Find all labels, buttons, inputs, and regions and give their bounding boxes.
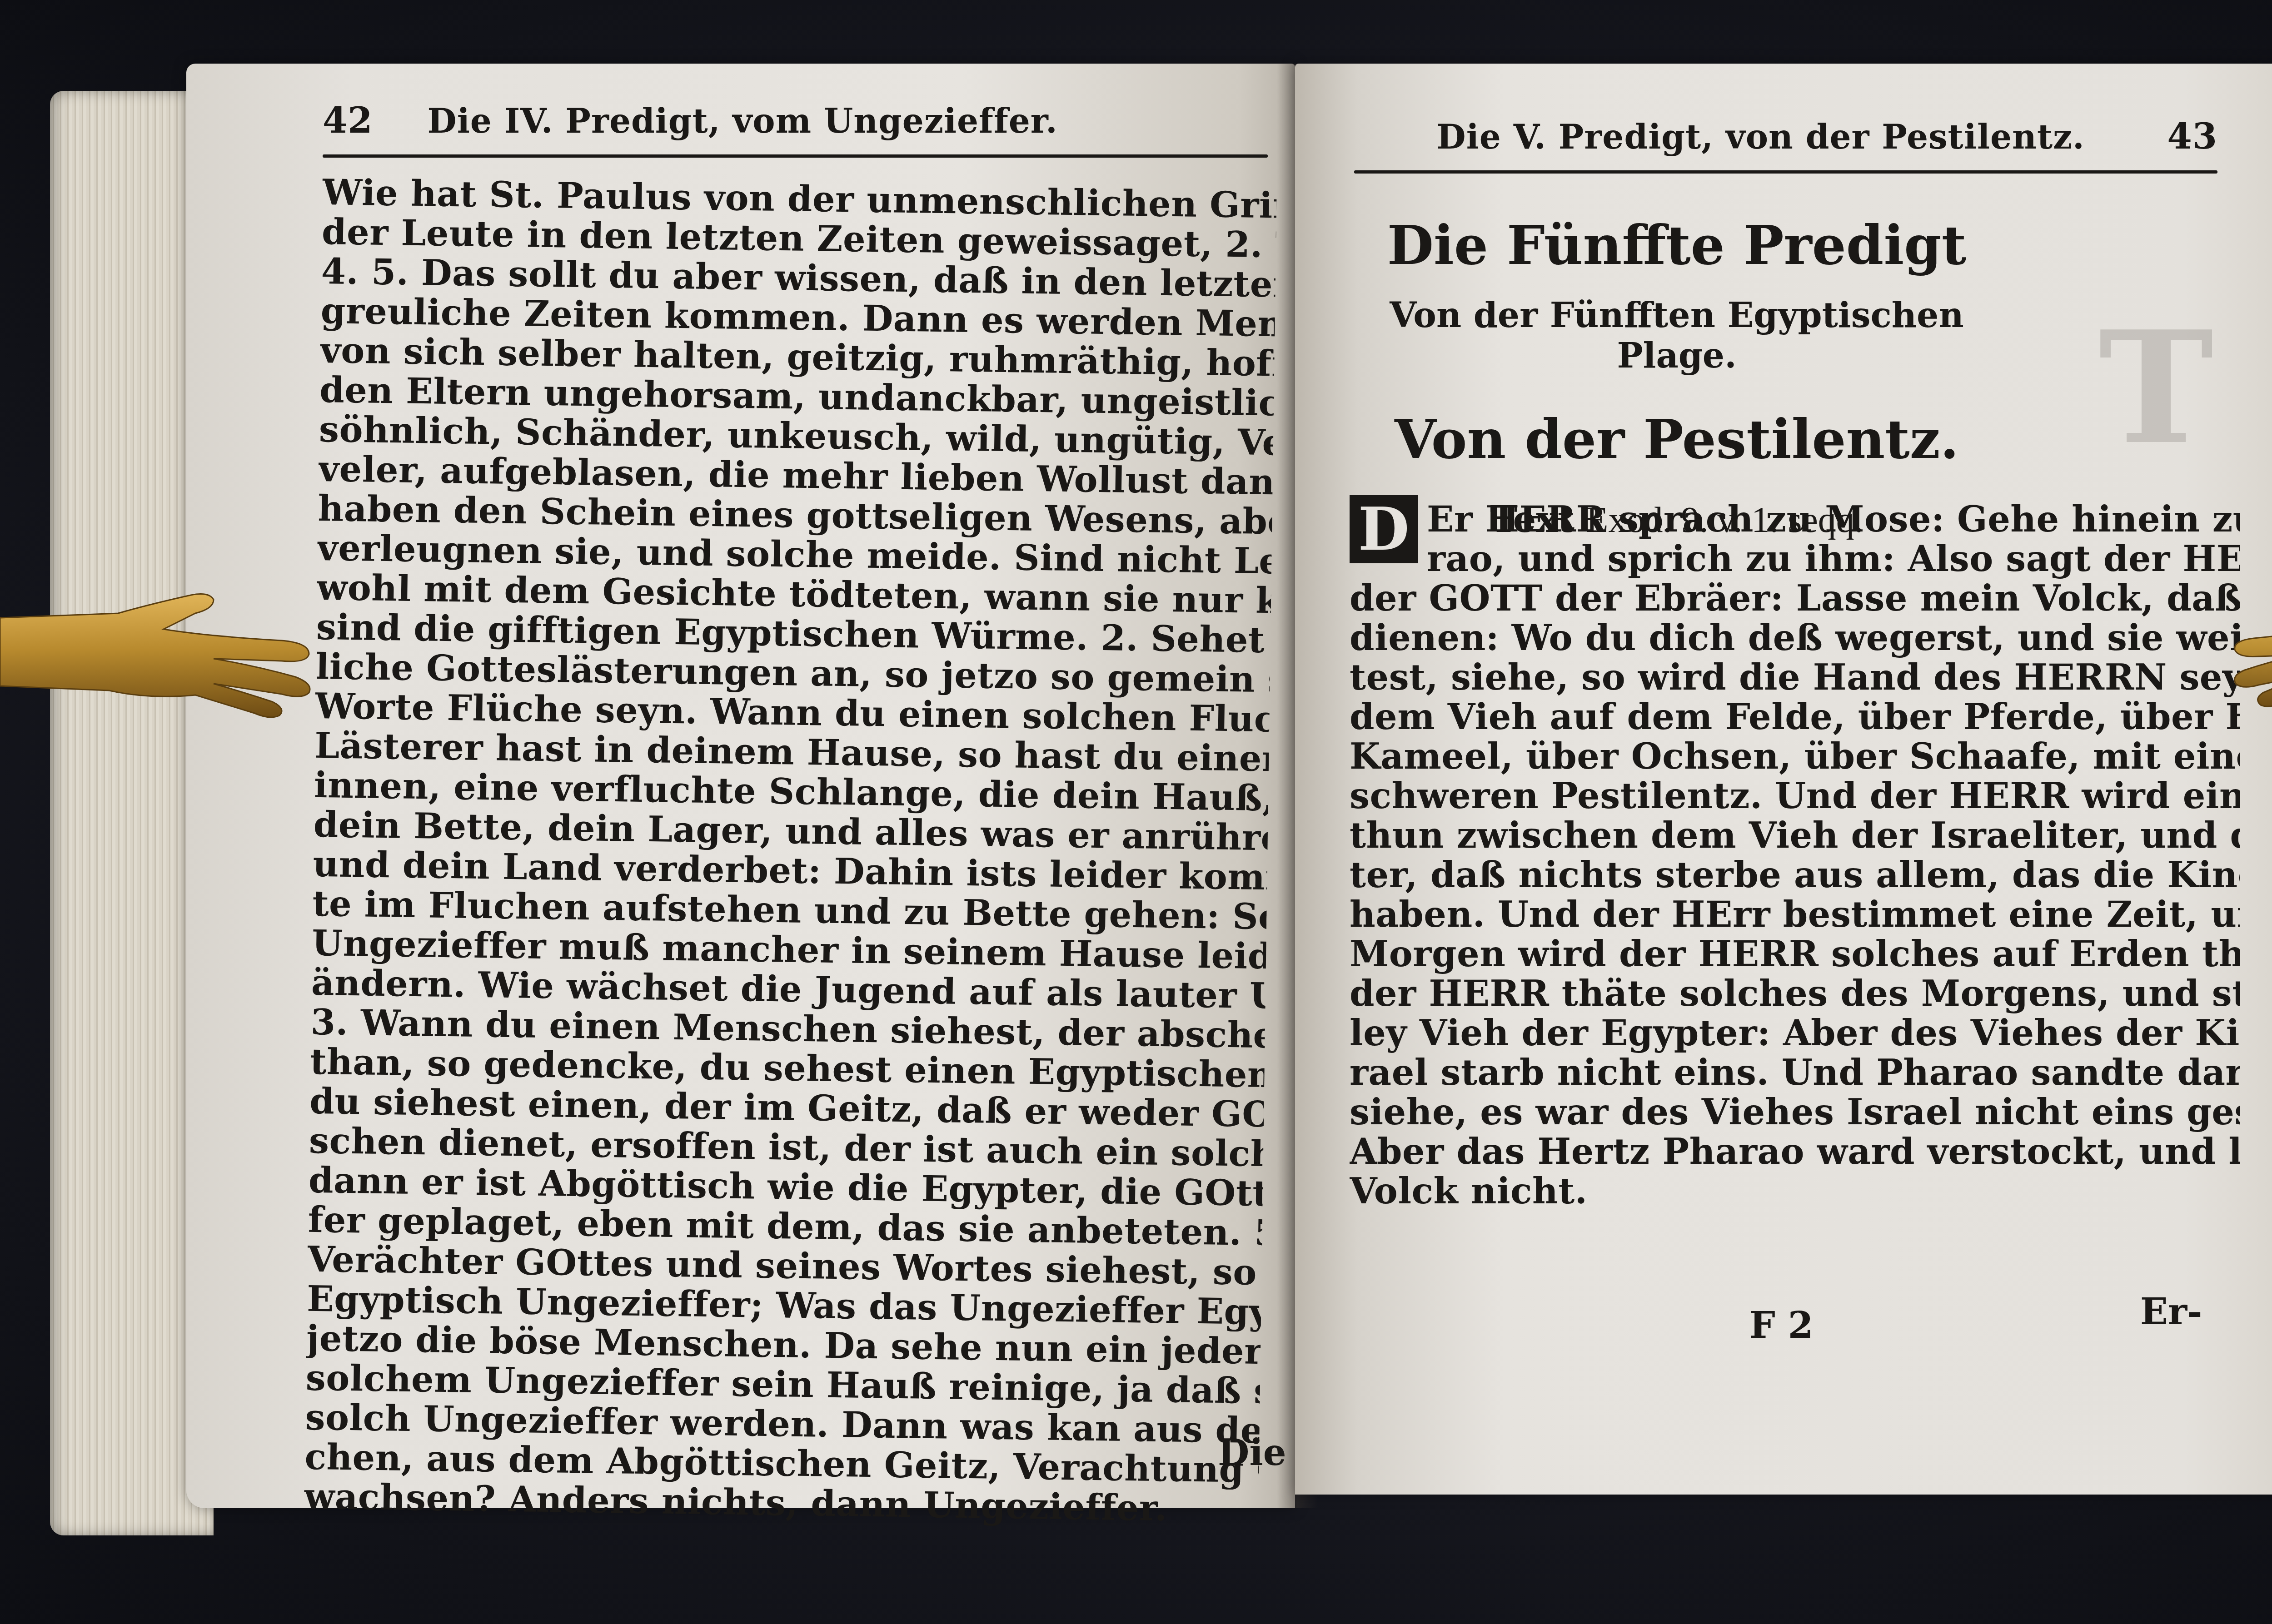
brass-hand-icon: [0, 586, 318, 722]
right-running-title: Die V. Predigt, von der Pestilentz.: [1354, 118, 2167, 157]
text-line: ter, daß nichts sterbe aus allem, das di…: [1350, 855, 2240, 895]
text-line: Er HERR sprach zu Mose: Gehe hinein zu P…: [1350, 500, 2240, 539]
text-line: der GOTT der Ebräer: Lasse mein Volck, d…: [1350, 579, 2240, 618]
right-page-number: 43: [2167, 116, 2217, 157]
right-running-head: Die V. Predigt, von der Pestilentz. 43: [1354, 116, 2217, 157]
text-line: rao, und sprich zu ihm: Also sagt der HE…: [1350, 539, 2240, 579]
right-brass-hand-holder: [2217, 586, 2272, 722]
text-line: Aber das Hertz Pharao ward verstockt, un…: [1350, 1132, 2240, 1172]
text-line: Kameel, über Ochsen, über Schaafe, mit e…: [1350, 737, 2240, 776]
open-book: 42 Die IV. Predigt, vom Ungezieffer. Wie…: [50, 64, 2272, 1540]
text-line: siehe, es war des Viehes Israel nicht ei…: [1350, 1093, 2240, 1132]
left-running-head: 42 Die IV. Predigt, vom Ungezieffer.: [323, 100, 1268, 141]
sermon-title-block: Die Fünffte Predigt Von der Fünfften Egy…: [1336, 214, 2018, 541]
text-line: rael starb nicht eins. Und Pharao sandte…: [1350, 1053, 2240, 1093]
left-brass-hand-holder: [0, 586, 318, 722]
text-line: dienen: Wo du dich deß wegerst, und sie …: [1350, 618, 2240, 658]
left-catchword: Die: [1218, 1431, 1286, 1474]
left-running-title: Die IV. Predigt, vom Ungezieffer.: [428, 102, 1268, 141]
text-line: ley Vieh der Egypter: Aber des Viehes de…: [1350, 1013, 2240, 1053]
left-head-rule: [323, 154, 1268, 158]
signature-mark: F 2: [1749, 1304, 1813, 1346]
sermon-subtitle: Von der Fünfften Egyptischen Plage.: [1336, 295, 2018, 376]
left-page: 42 Die IV. Predigt, vom Ungezieffer. Wie…: [186, 64, 1295, 1508]
right-body-text: Er HERR sprach zu Mose: Gehe hinein zu P…: [1350, 500, 2240, 1211]
text-line: der HERR thäte solches des Morgens, und …: [1350, 974, 2240, 1013]
sermon-title: Die Fünffte Predigt: [1336, 214, 2018, 277]
left-page-number: 42: [323, 100, 373, 141]
left-body-text: Wie hat St. Paulus von der unmenschliche…: [304, 173, 1277, 1530]
right-catchword: Er-: [2140, 1290, 2202, 1333]
text-line: Morgen wird der HERR solches auf Erden t…: [1350, 934, 2240, 974]
brass-hand-icon: [2217, 586, 2272, 722]
text-line: schweren Pestilentz. Und der HERR wird e…: [1350, 776, 2240, 816]
sermon-heading: Von der Pestilentz.: [1336, 407, 2018, 471]
show-through-initial: T: [2095, 304, 2217, 472]
text-line: test, siehe, so wird die Hand des HERRN …: [1350, 658, 2240, 697]
text-line: dem Vieh auf dem Felde, über Pferde, übe…: [1350, 697, 2240, 737]
text-line: Volck nicht.: [1350, 1172, 2240, 1211]
text-line: thun zwischen dem Vieh der Israeliter, u…: [1350, 816, 2240, 855]
right-page: Die V. Predigt, von der Pestilentz. 43 T…: [1295, 64, 2272, 1495]
right-head-rule: [1354, 170, 2217, 174]
text-line: haben. Und der HErr bestimmet eine Zeit,…: [1350, 895, 2240, 934]
